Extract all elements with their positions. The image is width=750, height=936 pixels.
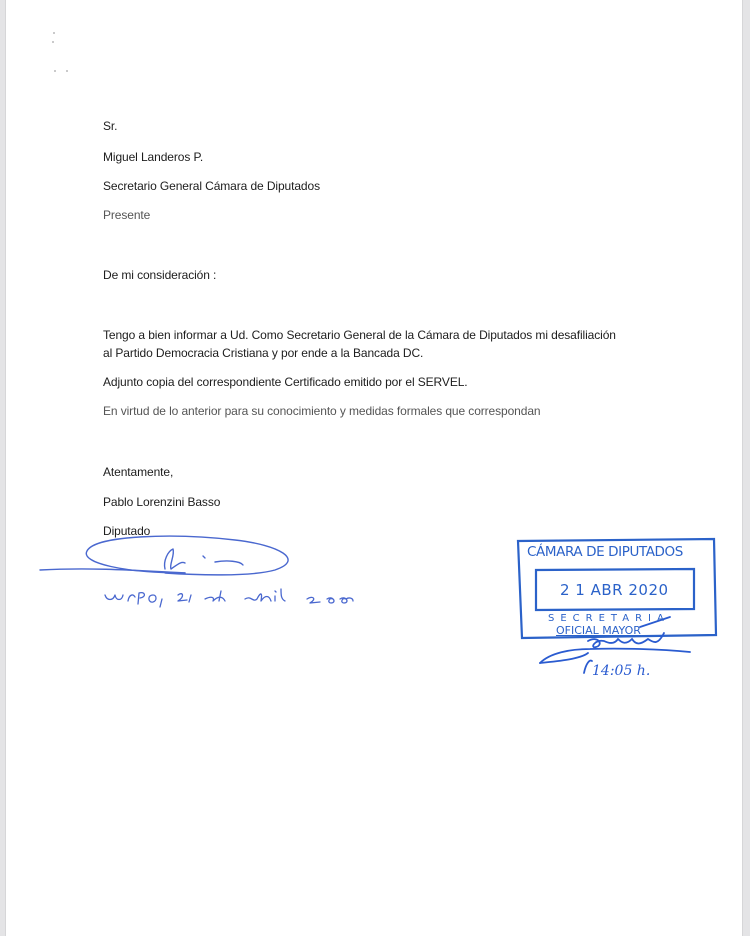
body-paragraph-3: En virtud de lo anterior para su conocim… [103, 404, 540, 418]
body-paragraph-1-line-1: Tengo a bien informar a Ud. Como Secreta… [103, 328, 616, 342]
document-page: Sr. Miguel Landeros P. Secretario Genera… [5, 0, 743, 936]
stamp-title: CÁMARA DE DIPUTADOS [527, 544, 683, 560]
greeting: De mi consideración : [103, 268, 216, 282]
stamp-date: 2 1 ABR 2020 [560, 581, 669, 599]
stamp-office: OFICIAL MAYOR [556, 624, 641, 637]
scan-specks [49, 30, 79, 80]
stamp-received-time: 14:05 h. [592, 663, 650, 679]
body-paragraph-2: Adjunto copia del correspondiente Certif… [103, 375, 468, 389]
presente-line: Presente [103, 208, 150, 222]
handwritten-signature [35, 525, 405, 620]
recipient-title: Secretario General Cámara de Diputados [103, 179, 320, 193]
signer-name: Pablo Lorenzini Basso [103, 495, 220, 509]
recipient-name: Miguel Landeros P. [103, 150, 203, 164]
closing: Atentamente, [103, 465, 173, 479]
body-paragraph-1-line-2: al Partido Democracia Cristiana y por en… [103, 346, 423, 360]
salutation: Sr. [103, 119, 117, 133]
stamp-department: SECRETARIA [548, 613, 670, 624]
reception-stamp: CÁMARA DE DIPUTADOS 2 1 ABR 2020 SECRETA… [510, 535, 725, 695]
